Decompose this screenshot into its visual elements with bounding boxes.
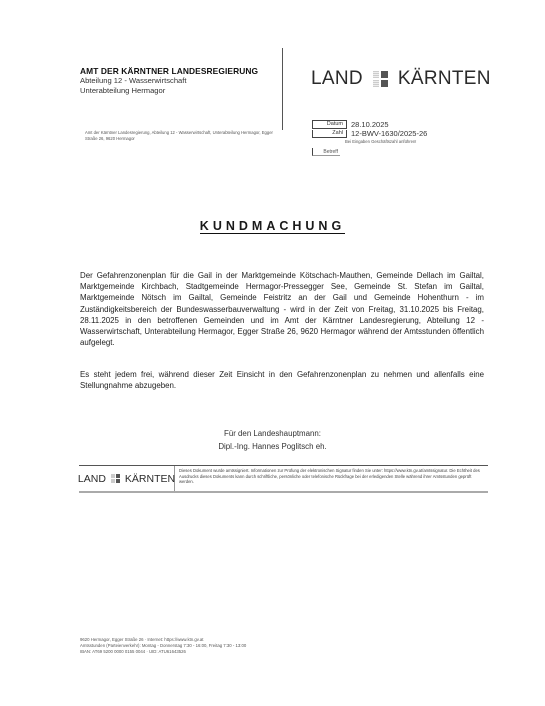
date-row: Datum 28.10.2025 [312,120,427,129]
date-label: Datum [312,120,347,129]
stamp-brand-right: KÄRNTEN [125,473,175,485]
paragraph-inspection: Es steht jedem frei, während dieser Zeit… [80,369,484,391]
header-divider [282,48,283,130]
signature-line-2: Dipl.-Ing. Hannes Poglitsch eh. [0,440,545,453]
org-name: AMT DER KÄRNTNER LANDESREGIERUNG [80,66,280,76]
brand-left: LAND [311,68,363,90]
brand-right: KÄRNTEN [398,68,491,90]
footer: 9620 Hermagor, Egger Straße 26 · Interne… [80,637,280,656]
signature-line-1: Für den Landeshauptmann: [0,427,545,440]
reply-box: Betreff [312,148,340,156]
signature-stamp: LAND KÄRNTEN Dieses Dokument wurde amtss… [79,465,488,493]
zahl-label: Zahl [312,130,347,138]
paragraph-announcement: Der Gefahrenzonenplan für die Gail in de… [80,270,484,348]
zahl-row: Zahl 12-BWV-1630/2025-26 [312,129,427,138]
department: Abteilung 12 - Wasserwirtschaft [80,76,280,86]
stamp-logo: LAND KÄRNTEN [79,466,175,491]
sender-line: Amt der Kärntner Landesregierung, Abteil… [85,130,285,142]
coat-of-arms-icon [373,71,388,87]
coat-of-arms-icon [111,474,120,483]
organization-block: AMT DER KÄRNTNER LANDESREGIERUNG Abteilu… [80,66,280,96]
zahl-value: 12-BWV-1630/2025-26 [347,129,427,138]
stamp-text: Dieses Dokument wurde amtssigniert. Info… [175,466,488,491]
date-value: 28.10.2025 [347,120,389,129]
document-title: KUNDMACHUNG [0,219,545,233]
reference-table: Datum 28.10.2025 Zahl 12-BWV-1630/2025-2… [312,120,427,138]
title-text: KUNDMACHUNG [200,219,345,234]
brand-logo: LAND KÄRNTEN [311,68,491,90]
footer-line-3: IBAN: AT69 5200 0000 0155 0044 · UID: AT… [80,649,280,655]
subdepartment: Unterabteilung Hermagor [80,86,280,96]
stamp-brand-left: LAND [78,473,106,485]
reference-note: Bei Eingaben Geschäftszahl anführen! [345,139,416,144]
